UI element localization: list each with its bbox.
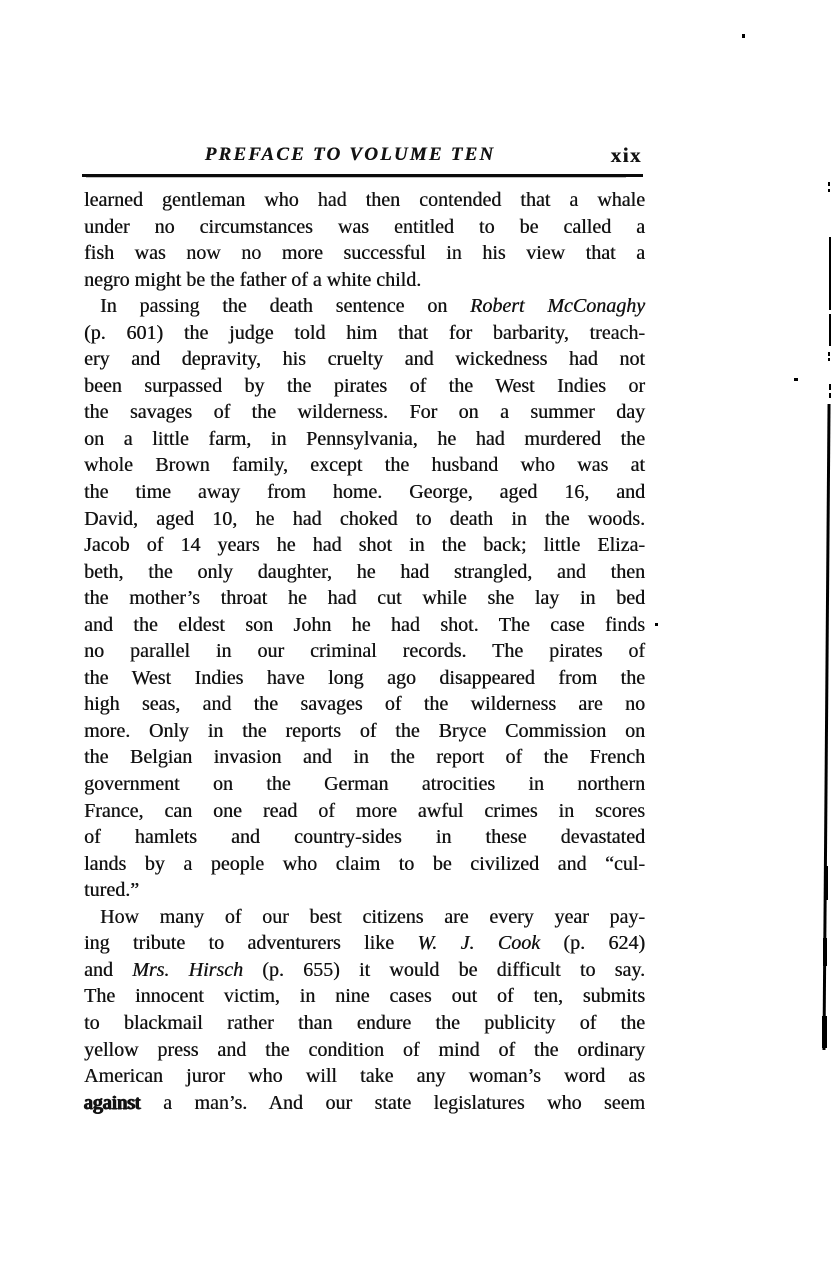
text-line: The innocent victim, in nine cases out o… [84,983,645,1010]
text-segment: negro might be the father of a white chi… [84,269,421,291]
text-line: high seas, and the savages of the wilder… [84,691,645,718]
scan-speck [742,34,745,38]
italic-text: W. J. Cook [417,932,540,954]
text-line: against a man’s. And our state legislatu… [84,1090,645,1117]
text-line: and Mrs. Hirsch (p. 655) it would be dif… [84,957,645,984]
text-segment: beth, the only daughter, he had strangle… [84,561,645,583]
text-segment: the mother’s throat he had cut while she… [84,587,645,609]
text-line: In passing the death sentence on Robert … [84,293,645,320]
text-segment: lands by a people who claim to be civili… [84,853,645,875]
scan-edge-dash [829,384,831,390]
scan-edge-dash [828,189,830,192]
text-line: and the eldest son John he had shot. The… [84,612,645,639]
text-segment: and [84,959,132,981]
scan-speck [655,623,658,626]
text-segment: whole Brown family, except the husband w… [84,454,645,476]
text-segment: American juror who will take any woman’s… [84,1065,645,1087]
scan-edge-blob [822,1016,827,1048]
text-segment: the time away from home. George, aged 16… [84,481,645,503]
text-line: How many of our best citizens are every … [84,904,645,931]
text-line: fish was now no more successful in his v… [84,240,645,267]
text-segment: government on the German atrocities in n… [84,773,645,795]
scanned-page: { "page": { "header": { "title": "PREFAC… [0,0,836,1284]
text-segment: (p. 624) [540,932,645,954]
text-line: Jacob of 14 years he had shot in the bac… [84,532,645,559]
scan-edge-dash [828,358,830,361]
text-segment: The innocent victim, in nine cases out o… [84,985,645,1007]
italic-text: Mrs. Hirsch [132,959,243,981]
text-segment: (p. 601) the judge told him that for bar… [84,322,645,344]
text-segment: learned gentleman who had then contended… [84,189,645,211]
text-line: ing tribute to adventurers like W. J. Co… [84,930,645,957]
text-line: learned gentleman who had then contended… [84,187,645,214]
text-line: the Belgian invasion and in the report o… [84,744,645,771]
text-segment: under no circumstances was entitled to b… [84,216,645,238]
page-title: PREFACE TO VOLUME TEN [84,144,616,166]
text-line: ery and depravity, his cruelty and wicke… [84,346,645,373]
paragraph: How many of our best citizens are every … [84,904,645,1116]
text-segment: ing tribute to adventurers like [84,932,417,954]
text-line: to blackmail rather than endure the publ… [84,1010,645,1037]
text-line: yellow press and the condition of mind o… [84,1037,645,1064]
text-segment: How many of our best citizens are every … [100,906,645,928]
scan-speck [794,378,798,381]
text-segment: of hamlets and country-sides in these de… [84,826,645,848]
text-line: government on the German atrocities in n… [84,771,645,798]
text-line: American juror who will take any woman’s… [84,1063,645,1090]
text-line: tured.” [84,877,645,904]
text-segment: France, can one read of more awful crime… [84,800,645,822]
text-segment: on a little farm, in Pennsylvania, he ha… [84,428,645,450]
text-segment: high seas, and the savages of the wilder… [84,693,645,715]
text-segment: the West Indies have long ago disappeare… [84,667,645,689]
text-line: (p. 601) the judge told him that for bar… [84,320,645,347]
text-line: no parallel in our criminal records. The… [84,638,645,665]
text-segment: more. Only in the reports of the Bryce C… [84,720,645,742]
text-segment: no parallel in our criminal records. The… [84,640,645,662]
text-line: the mother’s throat he had cut while she… [84,585,645,612]
text-segment: In passing the death sentence on [100,295,470,317]
text-segment: and the eldest son John he had shot. The… [84,614,645,636]
text-line: David, aged 10, he had choked to death i… [84,506,645,533]
text-segment: yellow press and the condition of mind o… [84,1039,645,1061]
text-line: whole Brown family, except the husband w… [84,452,645,479]
text-line: the West Indies have long ago disappeare… [84,665,645,692]
text-line: on a little farm, in Pennsylvania, he ha… [84,426,645,453]
text-segment: fish was now no more successful in his v… [84,242,645,264]
text-segment: been surpassed by the pirates of the Wes… [84,375,645,397]
text-line: lands by a people who claim to be civili… [84,851,645,878]
text-segment: the savages of the wilderness. For on a … [84,401,645,423]
text-line: beth, the only daughter, he had strangle… [84,559,645,586]
text-segment: ery and depravity, his cruelty and wicke… [84,348,645,370]
text-segment: tured.” [84,879,139,901]
text-line: the time away from home. George, aged 16… [84,479,645,506]
text-segment: (p. 655) it would be difficult to say. [243,959,645,981]
scan-edge-blob [824,866,828,900]
header-rule [82,174,643,177]
scan-edge-dash [829,393,831,398]
text-segment: the Belgian invasion and in the report o… [84,746,645,768]
text-line: negro might be the father of a white chi… [84,267,645,294]
text-line: been surpassed by the pirates of the Wes… [84,373,645,400]
text-segment: a man’s. And our state legislatures who … [141,1092,645,1114]
text-segment: Jacob of 14 years he had shot in the bac… [84,534,645,556]
scan-edge-dash [828,352,830,356]
scan-edge-line [829,314,831,346]
text-line: of hamlets and country-sides in these de… [84,824,645,851]
scan-edge-dash [828,182,830,186]
page-header: PREFACE TO VOLUME TEN xix [84,143,642,171]
text-line: under no circumstances was entitled to b… [84,214,645,241]
text-segment: to blackmail rather than endure the publ… [84,1012,645,1034]
text-segment: David, aged 10, he had choked to death i… [84,508,645,530]
text-block: learned gentleman who had then contended… [84,187,645,1116]
text-line: more. Only in the reports of the Bryce C… [84,718,645,745]
scan-edge-blob [823,938,827,966]
text-line: the savages of the wilderness. For on a … [84,399,645,426]
page-number: xix [611,143,642,168]
text-segment: against [84,1092,141,1114]
italic-text: Robert McConaghy [470,295,645,317]
paragraph: learned gentleman who had then contended… [84,187,645,293]
paragraph: In passing the death sentence on Robert … [84,293,645,904]
text-line: France, can one read of more awful crime… [84,798,645,825]
scan-edge-line [829,237,831,310]
